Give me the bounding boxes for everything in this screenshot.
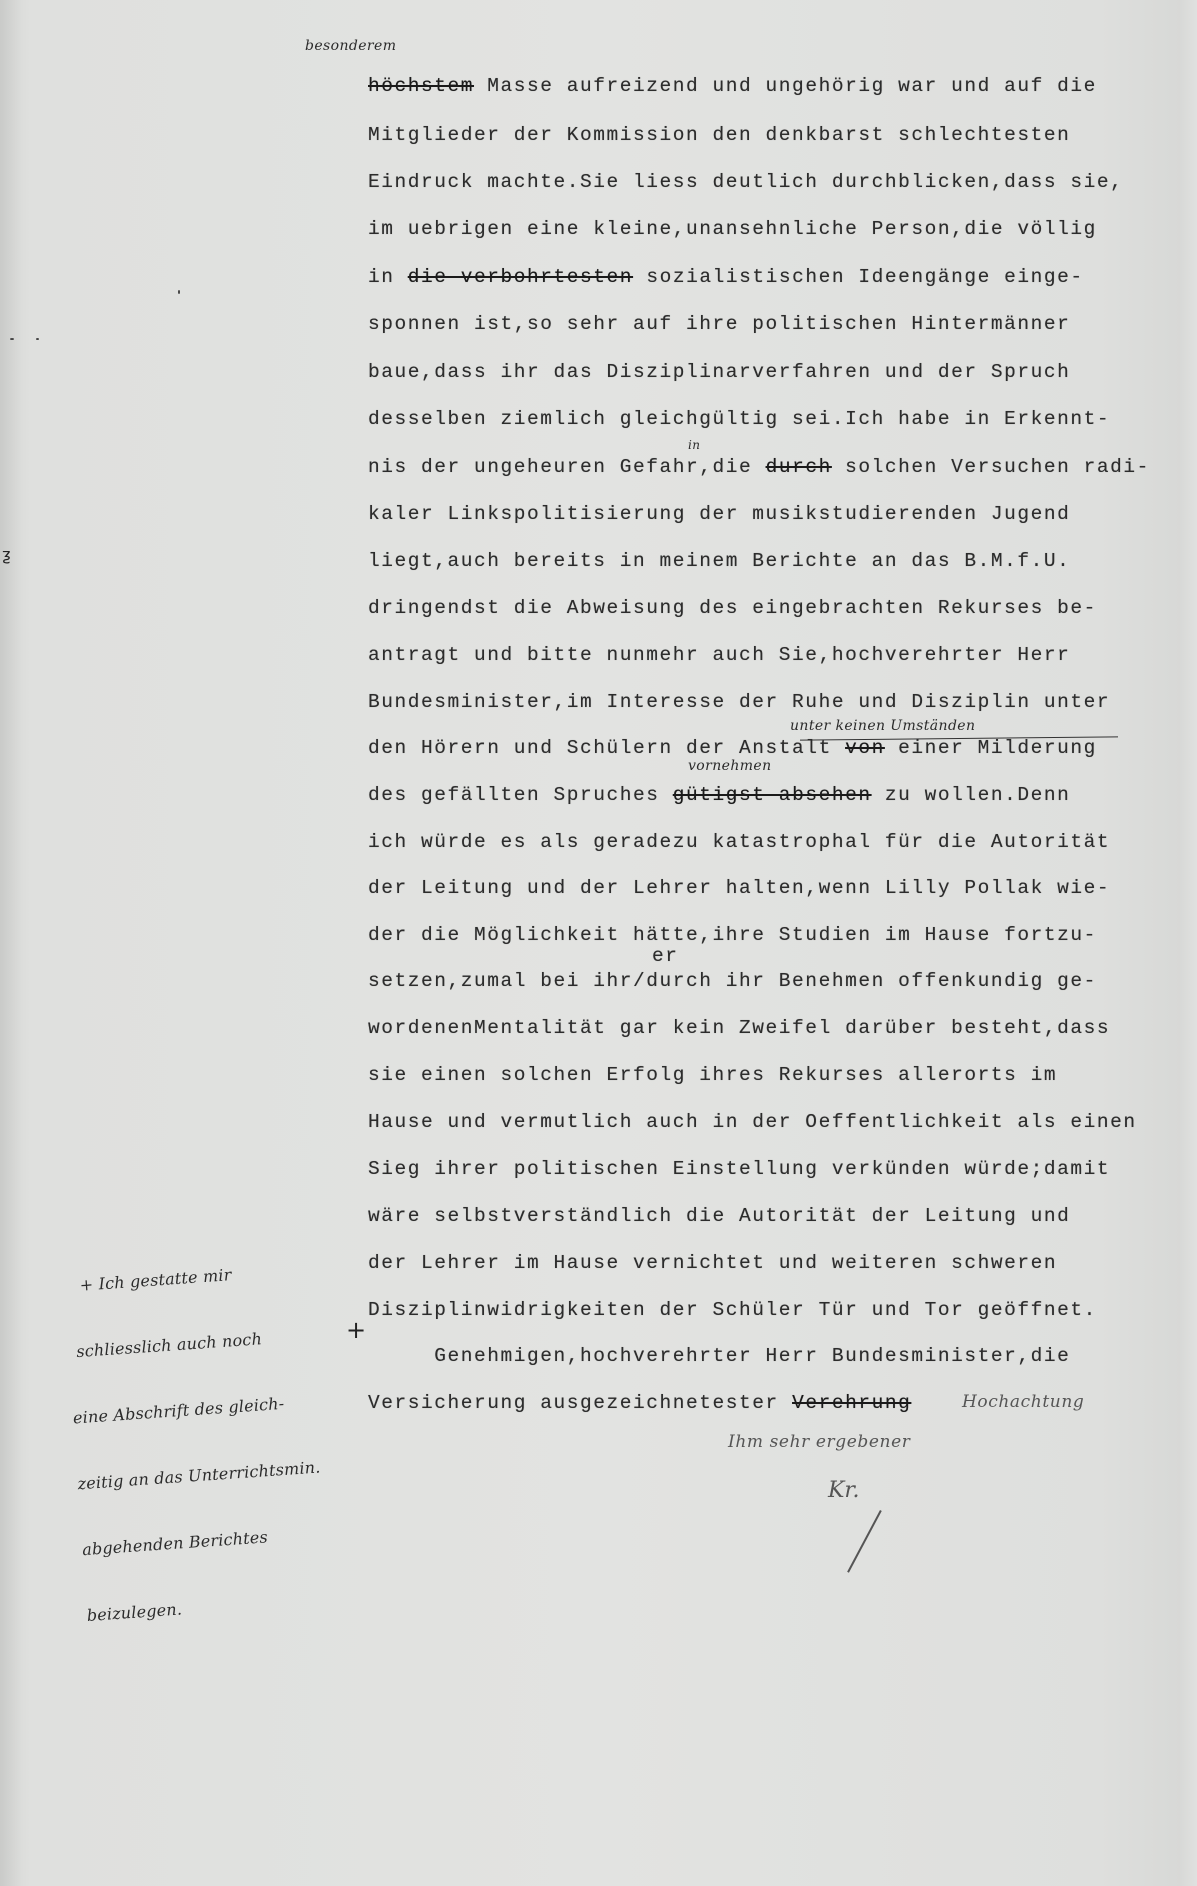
- typed-line-18: der Leitung und der Lehrer halten,wenn L…: [368, 877, 1110, 899]
- typed-line-20: setzen,zumal bei ihr/durch ihr Benehmen …: [368, 970, 1097, 992]
- typed-insertion-er: er: [652, 945, 679, 967]
- typed-line-24: Sieg ihrer politischen Einstellung verkü…: [368, 1158, 1110, 1180]
- typed-line-6: sponnen ist,so sehr auf ihre politischen…: [368, 313, 1070, 335]
- struck-words: gütigst absehen: [673, 784, 872, 806]
- handwritten-margin-note: + Ich gestatte mir schliesslich auch noc…: [60, 1215, 333, 1671]
- page-edge-left: [0, 0, 22, 1886]
- ink-speck: [10, 338, 14, 340]
- typed-line-13: antragt und bitte nunmehr auch Sie,hochv…: [368, 644, 1070, 666]
- margin-note-line: beizulegen.: [86, 1588, 330, 1627]
- typed-line-27: Disziplinwidrigkeiten der Schüler Tür un…: [368, 1299, 1097, 1321]
- typed-line-23: Hause und vermutlich auch in der Oeffent…: [368, 1111, 1137, 1133]
- handwritten-insertion-besonderem: besonderem: [305, 38, 396, 54]
- margin-note-line: eine Abschrift des gleich-: [72, 1391, 316, 1430]
- ink-speck: [36, 338, 39, 340]
- struck-word: von: [845, 737, 885, 759]
- struck-word: durch: [766, 456, 832, 478]
- typed-line-7: baue,dass ihr das Disziplinarverfahren u…: [368, 361, 1070, 383]
- struck-word: Verehrung: [792, 1392, 911, 1414]
- typed-line-17: ich würde es als geradezu katastrophal f…: [368, 831, 1110, 853]
- handwritten-closing-hochachtung: Hochachtung: [962, 1392, 1084, 1412]
- typed-line-3: Eindruck machte.Sie liess deutlich durch…: [368, 171, 1123, 193]
- typed-line-26: der Lehrer im Hause vernichtet und weite…: [368, 1252, 1057, 1274]
- typed-line-1: höchstem Masse aufreizend und ungehörig …: [368, 75, 1097, 97]
- typed-line-4: im uebrigen eine kleine,unansehnliche Pe…: [368, 218, 1097, 240]
- handwritten-closing-ergebener: Ihm sehr ergebener: [728, 1432, 910, 1452]
- signature: Kr.: [828, 1478, 860, 1503]
- typed-line-12: dringendst die Abweisung des eingebracht…: [368, 597, 1097, 619]
- typed-line-29: Versicherung ausgezeichnetester Verehrun…: [368, 1392, 911, 1414]
- typed-line-10: kaler Linkspolitisierung der musikstudie…: [368, 503, 1070, 525]
- handwritten-insertion-unter-keinen-umstaenden: unter keinen Umständen: [790, 718, 975, 734]
- ink-speck: [178, 290, 180, 294]
- typed-line-19: der die Möglichkeit hätte,ihre Studien i…: [368, 924, 1097, 946]
- margin-plus-marker: +: [346, 1316, 366, 1344]
- typed-line-8: desselben ziemlich gleichgültig sei.Ich …: [368, 408, 1110, 430]
- signature-stroke: [847, 1510, 882, 1573]
- margin-note-line: + Ich gestatte mir: [63, 1259, 307, 1298]
- typed-line-15: den Hörern und Schülern der Anstalt von …: [368, 737, 1097, 759]
- document-page: ƺ besonderem in unter keinen Umständen v…: [0, 0, 1197, 1886]
- typed-line-28: Genehmigen,hochverehrter Herr Bundesmini…: [368, 1345, 1070, 1367]
- typed-line-22: sie einen solchen Erfolg ihres Rekurses …: [368, 1064, 1057, 1086]
- typed-line-21: wordenenMentalität gar kein Zweifel darü…: [368, 1017, 1110, 1039]
- struck-word: höchstem: [368, 75, 474, 97]
- typed-line-11: liegt,auch bereits in meinem Berichte an…: [368, 550, 1070, 572]
- margin-mark: ƺ: [2, 545, 10, 564]
- struck-words: die verbohrtesten: [408, 266, 633, 288]
- handwritten-insertion-in: in: [688, 438, 700, 452]
- typed-line-5: in die verbohrtesten sozialistischen Ide…: [368, 266, 1084, 288]
- typed-line-25: wäre selbstverständlich die Autorität de…: [368, 1205, 1070, 1227]
- margin-note-line: schliesslich auch noch: [68, 1325, 312, 1364]
- page-edge-right: [1179, 0, 1197, 1886]
- typed-line-16: des gefällten Spruches gütigst absehen z…: [368, 784, 1070, 806]
- typed-line-14: Bundesminister,im Interesse der Ruhe und…: [368, 691, 1110, 713]
- typed-line-2: Mitglieder der Kommission den denkbarst …: [368, 124, 1070, 146]
- handwritten-insertion-vornehmen: vornehmen: [688, 758, 772, 774]
- typed-line-9: nis der ungeheuren Gefahr,die durch solc…: [368, 456, 1150, 478]
- margin-note-line: abgehenden Berichtes: [81, 1522, 325, 1561]
- margin-note-line: zeitig an das Unterrichtsmin.: [77, 1456, 321, 1495]
